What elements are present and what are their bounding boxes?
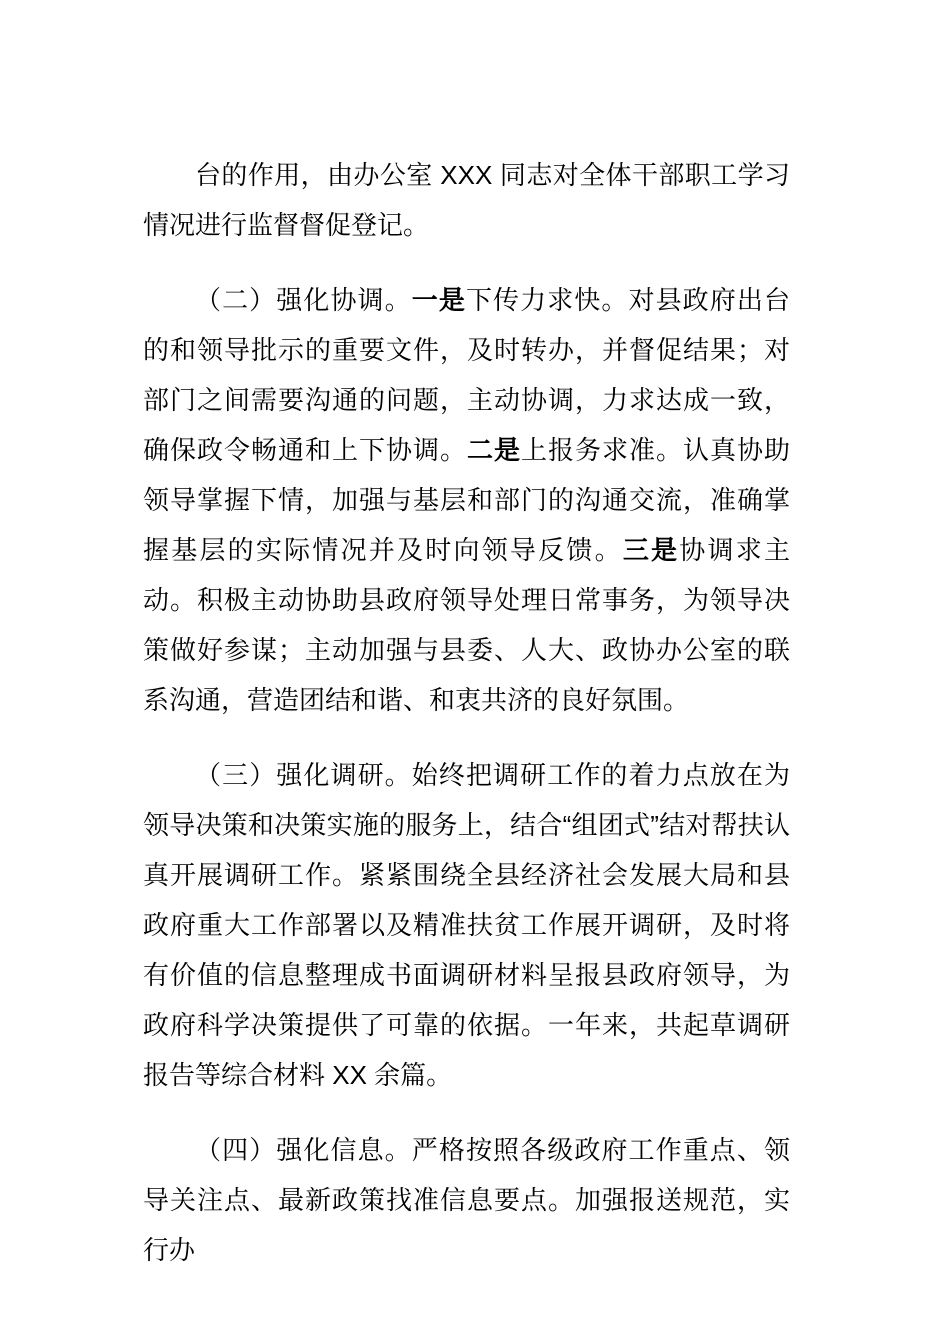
para-section-4-strengthen-information: （四）强化信息。严格按照各级政府工作重点、领导关注点、最新政策找准信息要点。加强…	[143, 1125, 790, 1275]
para-section-3-strengthen-research: （三）强化调研。始终把调研工作的着力点放在为领导决策和决策实施的服务上，结合“组…	[143, 750, 790, 1100]
para-continuation-from-previous-page: 台的作用，由办公室 XXX 同志对全体干部职工学习情况进行监督督促登记。	[143, 150, 790, 250]
text-run: （四）强化信息。严格按照各级政府工作重点、领导关注点、最新政策找准信息要点。加强…	[143, 1135, 790, 1265]
para-section-2-strengthen-coordination: （二）强化协调。一是下传力求快。对县政府出台的和领导批示的重要文件，及时转办，并…	[143, 275, 790, 725]
document-page: 台的作用，由办公室 XXX 同志对全体干部职工学习情况进行监督督促登记。（二）强…	[0, 0, 950, 1344]
bold-text-run: 三是	[623, 535, 679, 565]
bold-text-run: 一是	[412, 285, 466, 315]
text-run: 台的作用，由办公室 XXX 同志对全体干部职工学习情况进行监督督促登记。	[143, 160, 790, 240]
bold-text-run: 二是	[467, 435, 521, 465]
text-run: （二）强化协调。	[195, 285, 412, 315]
document-body: 台的作用，由办公室 XXX 同志对全体干部职工学习情况进行监督督促登记。（二）强…	[143, 150, 790, 1300]
text-run: （三）强化调研。始终把调研工作的着力点放在为领导决策和决策实施的服务上，结合“组…	[143, 760, 790, 1090]
